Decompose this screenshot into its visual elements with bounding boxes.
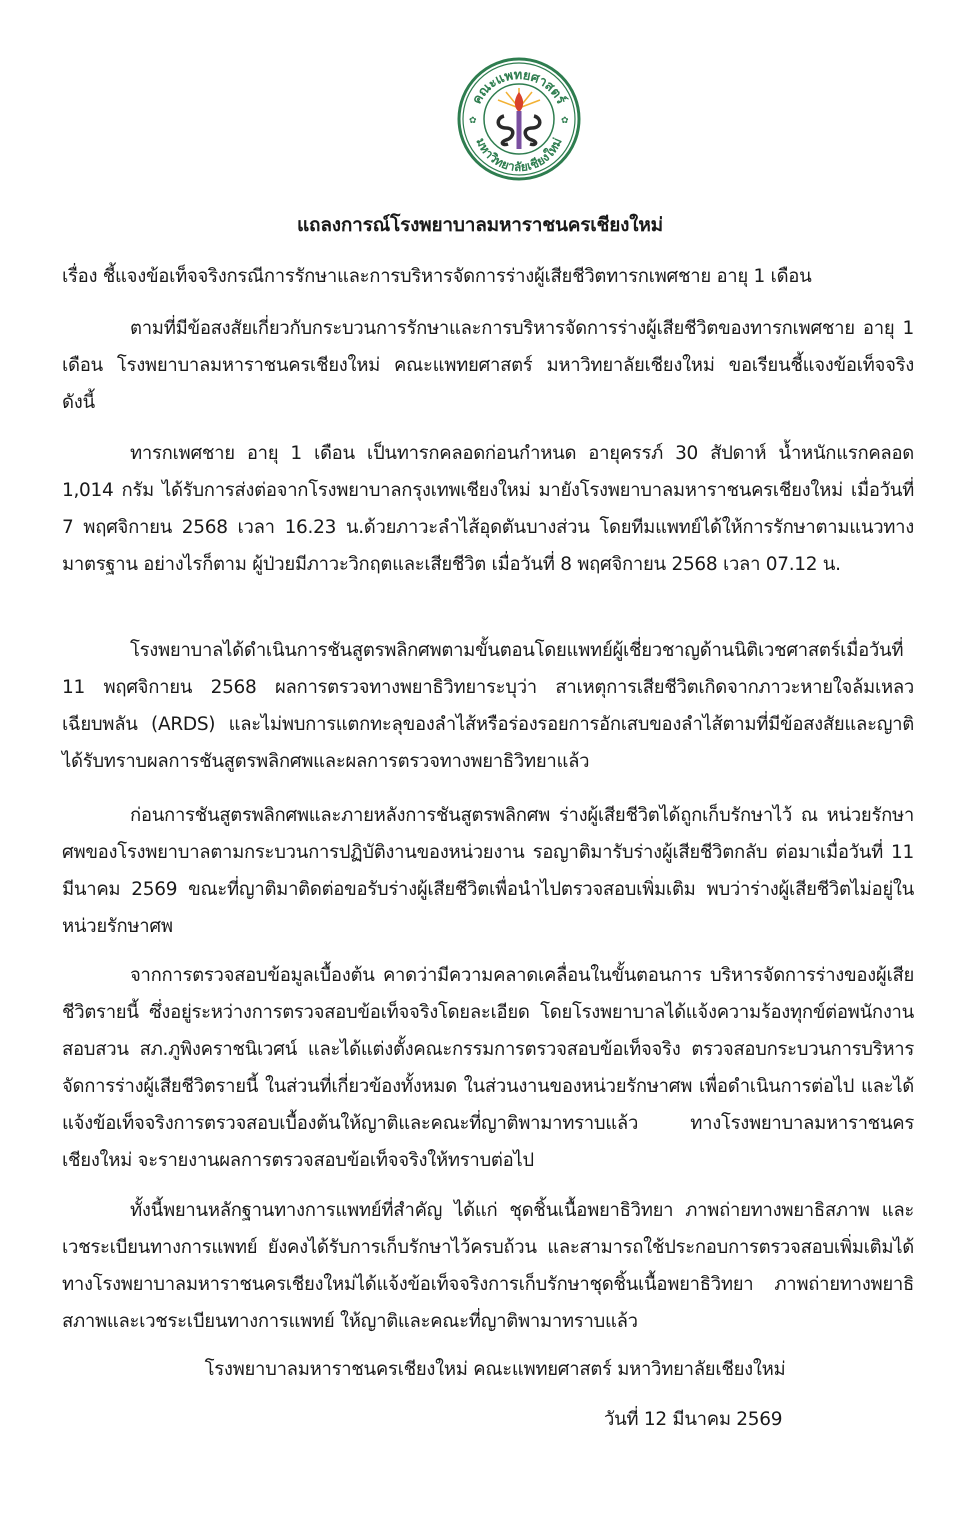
paragraph-patient-details: ทารกเพศชาย อายุ 1 เดือน เป็นทารกคลอดก่อน… [62, 435, 914, 583]
svg-text:✿: ✿ [561, 116, 569, 126]
paragraph-intro: ตามที่มีข้อสงสัยเกี่ยวกับกระบวนการรักษาแ… [62, 310, 914, 421]
signature-organization: โรงพยาบาลมหาราชนครเชียงใหม่ คณะแพทยศาสตร… [0, 1355, 960, 1384]
svg-text:✿: ✿ [469, 116, 477, 126]
faculty-seal-logo: คณะแพทยศาสตร์ มหาวิทยาลัยเชียงใหม่ ✿ ✿ [456, 56, 582, 182]
document-title: แถลงการณ์โรงพยาบาลมหาราชนครเชียงใหม่ [0, 210, 960, 240]
document-subject: เรื่อง ชี้แจงข้อเท็จจริงกรณีการรักษาและก… [62, 258, 914, 295]
paragraph-autopsy: โรงพยาบาลได้ดำเนินการชันสูตรพลิกศพตามขั้… [62, 632, 914, 780]
paragraph-body-storage: ก่อนการชันสูตรพลิกศพและภายหลังการชันสูตร… [62, 797, 914, 945]
signature-date: วันที่ 12 มีนาคม 2569 [604, 1405, 782, 1434]
paragraph-evidence: ทั้งนี้พยานหลักฐานทางการแพทย์ที่สำคัญ ได… [62, 1192, 914, 1340]
university-medical-faculty-seal-icon: คณะแพทยศาสตร์ มหาวิทยาลัยเชียงใหม่ ✿ ✿ [456, 56, 582, 182]
paragraph-investigation: จากการตรวจสอบข้อมูลเบื้องต้น คาดว่ามีควา… [62, 957, 914, 1179]
